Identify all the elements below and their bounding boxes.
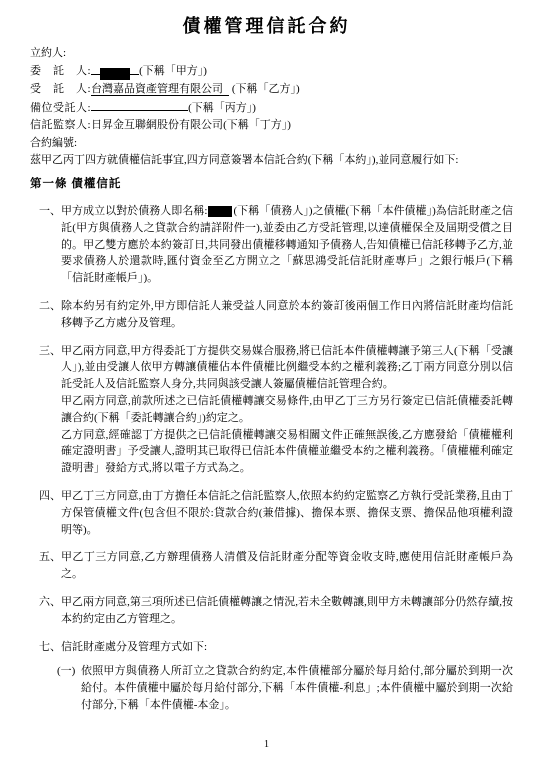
clause-number: 七、 (39, 639, 61, 656)
clause-number: 五、 (39, 549, 61, 583)
party-label: 受 託 人: (30, 83, 91, 95)
clause-body: 信託財產處分及管理方式如下: (61, 639, 513, 656)
page-number: 1 (0, 739, 533, 751)
party-label: 備位受託人: (30, 102, 91, 114)
party-label: 委 託 人: (30, 65, 91, 77)
party-alias: (下稱「甲方」) (139, 65, 207, 77)
redaction-box (208, 206, 232, 217)
redaction-box (100, 68, 130, 80)
party-row: 委 託 人:(下稱「甲方」) (30, 62, 513, 80)
party-value: 台灣嘉品資產管理有限公司 (91, 83, 229, 96)
party-rows: 委 託 人:(下稱「甲方」)受 託 人:台灣嘉品資產管理有限公司 (下稱「乙方」… (30, 62, 513, 134)
party-row: 受 託 人:台灣嘉品資產管理有限公司 (下稱「乙方」) (30, 80, 513, 98)
blank-underline (91, 98, 188, 111)
clause-body: 除本約另有約定外,甲方即信託人兼受益人同意於本約簽訂後兩個工作日內將信託財產均信… (61, 298, 513, 332)
redacted-name-underline (91, 62, 139, 75)
clause-number: 一、 (39, 203, 61, 287)
clause-paragraph: 甲乙兩方同意,前款所述之已信託債權轉讓交易條件,由甲乙丁三方另行簽定已信託債權委… (61, 393, 513, 427)
parties-block: 立約人: 委 託 人:(下稱「甲方」)受 託 人:台灣嘉品資產管理有限公司 (下… (30, 44, 513, 152)
clause-number: 六、 (39, 594, 61, 628)
clause: 七、信託財產處分及管理方式如下: (39, 639, 513, 656)
party-row: 信託監察人:日昇金互聯網股份有限公司(下稱「丁方」) (30, 116, 513, 134)
page-title: 債權管理信託合約 (0, 0, 533, 37)
clause-number: 四、 (39, 488, 61, 538)
party-label: 信託監察人: (30, 119, 91, 131)
clause-number: 三、 (39, 343, 61, 477)
clause-body: 甲乙兩方同意,第三項所述已信託債權轉讓之情況,若未全數轉讓,則甲方未轉讓部分仍然… (61, 594, 513, 628)
clause: 一、甲方成立以對於債務人即名稱:(下稱「債務人」)之債權(下稱「本件債權」)為信… (39, 203, 513, 287)
subclause: (一)依照甲方與債務人所訂立之貸款合約約定,本件債權部分屬於每月給付,部分屬於到… (57, 663, 513, 713)
clause-body: 甲方成立以對於債務人即名稱:(下稱「債務人」)之債權(下稱「本件債權」)為信託財… (61, 203, 513, 287)
clause: 二、除本約另有約定外,甲方即信託人兼受益人同意於本約簽訂後兩個工作日內將信託財產… (39, 298, 513, 332)
parties-heading: 立約人: (30, 44, 513, 62)
clause: 三、甲乙兩方同意,甲方得委託丁方提供交易媒合服務,將已信託本件債權轉讓予第三人(… (39, 343, 513, 477)
party-value: 日昇金互聯網股份有限公司 (91, 119, 223, 131)
contract-number-label: 合約編號: (30, 134, 513, 152)
party-alias: (下稱「乙方」) (229, 83, 300, 95)
clause-body: 甲乙兩方同意,甲方得委託丁方提供交易媒合服務,將已信託本件債權轉讓予第三人(下稱… (61, 343, 513, 477)
clause: 四、甲乙丁三方同意,由丁方擔任本信託之信託監察人,依照本約約定監察乙方執行受託業… (39, 488, 513, 538)
contract-document-page: 債權管理信託合約 立約人: 委 託 人:(下稱「甲方」)受 託 人:台灣嘉品資產… (0, 0, 533, 773)
clause-body: 甲乙丁三方同意,乙方辦理債務人清償及信託財產分配等資金收支時,應使用信託財產帳戶… (61, 549, 513, 583)
article-heading: 第一條 債權信託 (30, 176, 533, 192)
party-alias: (下稱「丙方」) (188, 102, 256, 114)
clause-list: 一、甲方成立以對於債務人即名稱:(下稱「債務人」)之債權(下稱「本件債權」)為信… (39, 203, 513, 714)
preamble: 茲甲乙丙丁四方就債權信託事宜,四方同意簽署本信託合約(下稱「本約」),並同意履行… (30, 152, 511, 168)
clause-paragraph: 甲乙兩方同意,第三項所述已信託債權轉讓之情況,若未全數轉讓,則甲方未轉讓部分仍然… (61, 594, 513, 628)
clause-paragraph: 甲方成立以對於債務人即名稱:(下稱「債務人」)之債權(下稱「本件債權」)為信託財… (61, 203, 513, 287)
clause-paragraph: 除本約另有約定外,甲方即信託人兼受益人同意於本約簽訂後兩個工作日內將信託財產均信… (61, 298, 513, 332)
clause-body: 甲乙丁三方同意,由丁方擔任本信託之信託監察人,依照本約約定監察乙方執行受託業務,… (61, 488, 513, 538)
clause: 六、甲乙兩方同意,第三項所述已信託債權轉讓之情況,若未全數轉讓,則甲方未轉讓部分… (39, 594, 513, 628)
party-row: 備位受託人:(下稱「丙方」) (30, 98, 513, 116)
subclause-text: 依照甲方與債務人所訂立之貸款合約約定,本件債權部分屬於每月給付,部分屬於到期一次… (81, 663, 513, 713)
clause-paragraph: 信託財產處分及管理方式如下: (61, 639, 513, 656)
subclause-number: (一) (57, 663, 81, 713)
clause-paragraph: 乙方同意,經確認丁方提供之已信託債權轉讓交易相關文件正確無誤後,乙方應發給「債權… (61, 427, 513, 477)
clause-paragraph: 甲乙丁三方同意,由丁方擔任本信託之信託監察人,依照本約約定監察乙方執行受託業務,… (61, 488, 513, 538)
clause-number: 二、 (39, 298, 61, 332)
clause-paragraph: 甲乙兩方同意,甲方得委託丁方提供交易媒合服務,將已信託本件債權轉讓予第三人(下稱… (61, 343, 513, 393)
party-alias: (下稱「丁方」) (223, 119, 291, 131)
clause-paragraph: 甲乙丁三方同意,乙方辦理債務人清償及信託財產分配等資金收支時,應使用信託財產帳戶… (61, 549, 513, 583)
clause: 五、甲乙丁三方同意,乙方辦理債務人清償及信託財產分配等資金收支時,應使用信託財產… (39, 549, 513, 583)
